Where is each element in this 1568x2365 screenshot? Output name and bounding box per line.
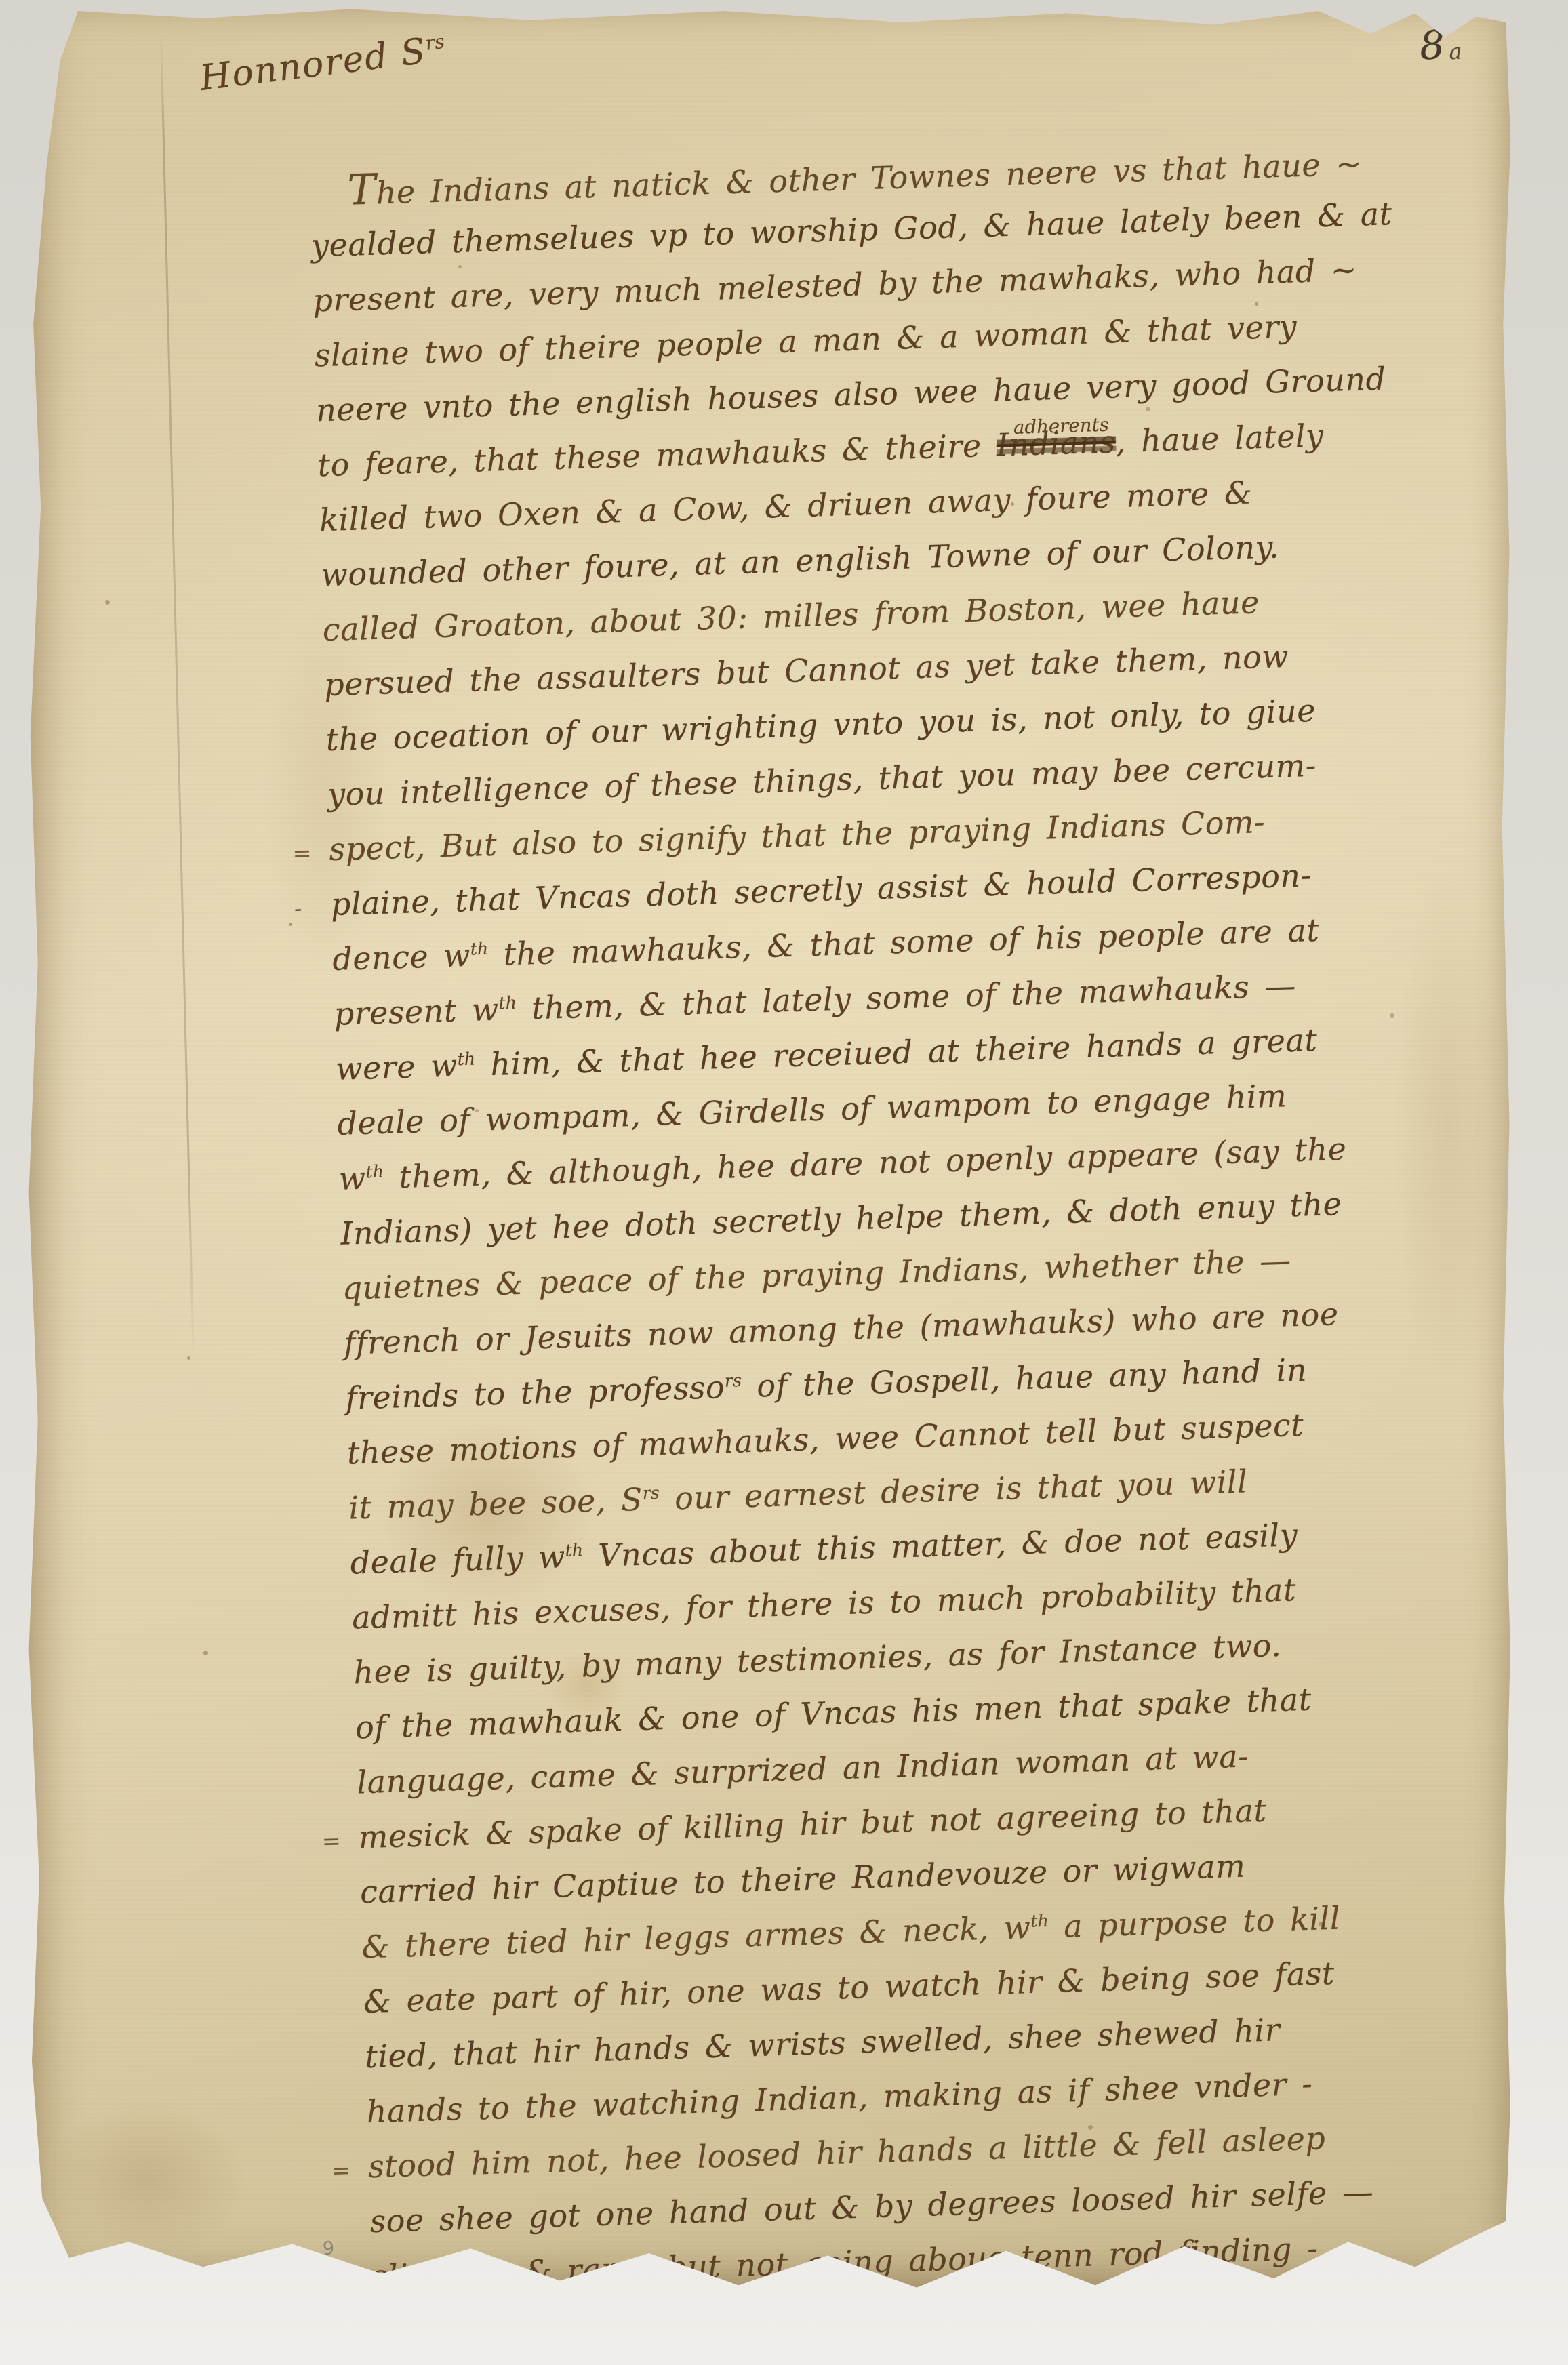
superscript-abbreviation: rs	[724, 1371, 742, 1391]
superscript-abbreviation: th	[565, 1540, 583, 1560]
line-text: to feare, that these mawhauks & theire	[317, 427, 997, 484]
margin-continuation-mark: -	[294, 881, 303, 935]
manuscript-page: 8a Honnored Srs The Indians at natick & …	[24, 4, 1512, 2290]
line-text: w	[338, 1160, 366, 1197]
superscript-abbreviation: th	[457, 1049, 475, 1069]
superscript-abbreviation: th	[1030, 1911, 1049, 1931]
letter-body: The Indians at natick & other Townes nee…	[309, 130, 1506, 2304]
line-text: dence w	[332, 937, 471, 977]
margin-continuation-mark: =	[321, 1813, 342, 1869]
line-text: a purpose to kill	[1048, 1900, 1341, 1945]
line-text: , haue lately	[1115, 417, 1324, 460]
superscript-abbreviation: th	[498, 993, 517, 1013]
fold-crease	[160, 33, 195, 1364]
line-text: & there tied hir leggs armes & neck, w	[361, 1909, 1032, 1965]
line-text: were w	[335, 1047, 458, 1087]
line-text: present w	[334, 991, 500, 1032]
page-number-digit: 8	[1418, 22, 1445, 69]
line-text: deale fully w	[350, 1538, 566, 1581]
struck-out-word: Indians	[996, 423, 1117, 463]
margin-continuation-mark: =	[331, 2143, 352, 2198]
superscript-abbreviation: th	[470, 939, 488, 959]
line-text: of the Gospell, haue any hand in	[741, 1352, 1307, 1405]
paper-stain	[45, 2099, 248, 2261]
line-text: our earnest desire is that you will	[659, 1463, 1248, 1517]
margin-numeral: 9	[322, 2238, 334, 2260]
page-number-suffix: a	[1448, 38, 1462, 64]
superscript-abbreviation: th	[365, 1162, 384, 1182]
margin-continuation-mark: =	[292, 826, 313, 881]
paper-specks	[24, 4, 28, 7]
scan-background: { "document": { "page_number": "8", "pag…	[0, 0, 1568, 2365]
page-number: 8a	[1418, 20, 1462, 68]
line-text: it may bee soe, S	[348, 1481, 643, 1527]
superscript-abbreviation: rs	[642, 1483, 660, 1503]
salutation: Honnored Srs	[198, 28, 448, 99]
salutation-superscript: rs	[424, 30, 445, 55]
line-text: freinds to the professo	[345, 1369, 725, 1417]
salutation-text: Honnored S	[198, 31, 429, 99]
